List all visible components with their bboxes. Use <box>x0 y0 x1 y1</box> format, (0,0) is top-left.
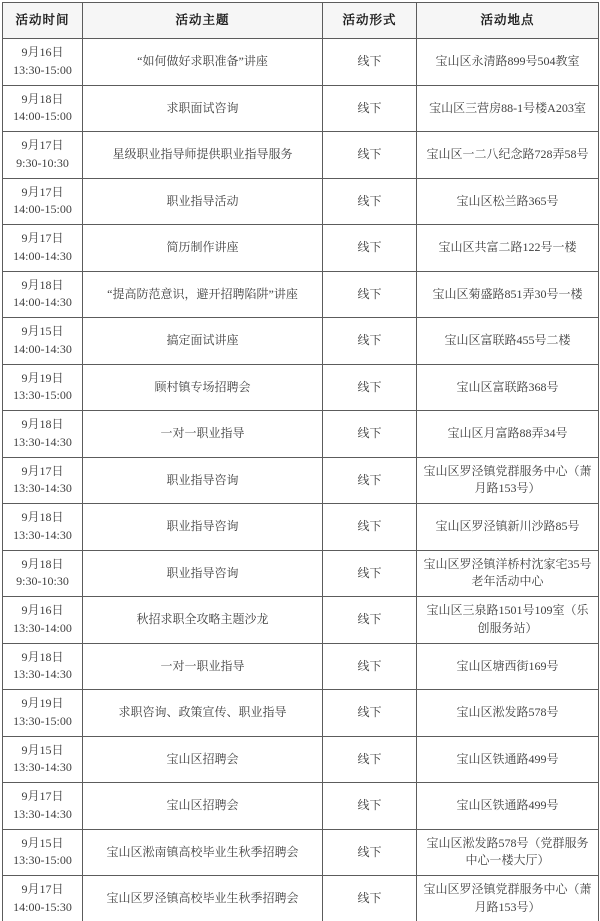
cell-activity-format: 线下 <box>323 829 417 876</box>
activity-date: 9月18日 <box>7 509 78 526</box>
activity-time-range: 14:00-15:30 <box>7 899 78 916</box>
cell-activity-location: 宝山区一二八纪念路728弄58号 <box>417 132 599 179</box>
activity-time-range: 14:00-15:00 <box>7 201 78 218</box>
cell-activity-theme: 职业指导咨询 <box>83 550 323 597</box>
activity-time-range: 13:30-14:30 <box>7 480 78 497</box>
activity-time-range: 14:00-14:30 <box>7 341 78 358</box>
activity-time-range: 13:30-14:00 <box>7 620 78 637</box>
cell-activity-theme: 职业指导咨询 <box>83 504 323 551</box>
cell-activity-location: 宝山区菊盛路851弄30号一楼 <box>417 271 599 318</box>
cell-activity-time: 9月17日14:00-15:00 <box>3 178 83 225</box>
activity-date: 9月19日 <box>7 370 78 387</box>
activity-date: 9月18日 <box>7 91 78 108</box>
table-row: 9月17日14:00-15:30宝山区罗泾镇高校毕业生秋季招聘会线下宝山区罗泾镇… <box>3 876 599 921</box>
activity-time-range: 13:30-15:00 <box>7 713 78 730</box>
cell-activity-format: 线下 <box>323 783 417 830</box>
cell-activity-format: 线下 <box>323 550 417 597</box>
table-row: 9月15日13:30-14:30宝山区招聘会线下宝山区铁通路499号 <box>3 736 599 783</box>
cell-activity-theme: 求职咨询、政策宣传、职业指导 <box>83 690 323 737</box>
cell-activity-location: 宝山区月富路88弄34号 <box>417 411 599 458</box>
cell-activity-theme: 一对一职业指导 <box>83 411 323 458</box>
cell-activity-location: 宝山区松兰路365号 <box>417 178 599 225</box>
table-row: 9月18日13:30-14:30职业指导咨询线下宝山区罗泾镇新川沙路85号 <box>3 504 599 551</box>
cell-activity-time: 9月18日9:30-10:30 <box>3 550 83 597</box>
cell-activity-location: 宝山区塘西街169号 <box>417 643 599 690</box>
table-row: 9月18日9:30-10:30职业指导咨询线下宝山区罗泾镇洋桥村沈家宅35号老年… <box>3 550 599 597</box>
cell-activity-format: 线下 <box>323 876 417 921</box>
activity-date: 9月18日 <box>7 416 78 433</box>
cell-activity-location: 宝山区淞发路578号 <box>417 690 599 737</box>
cell-activity-format: 线下 <box>323 85 417 132</box>
table-header-row: 活动时间 活动主题 活动形式 活动地点 <box>3 3 599 39</box>
table-row: 9月17日14:00-15:00职业指导活动线下宝山区松兰路365号 <box>3 178 599 225</box>
cell-activity-time: 9月18日14:00-15:00 <box>3 85 83 132</box>
cell-activity-time: 9月17日13:30-14:30 <box>3 457 83 504</box>
cell-activity-format: 线下 <box>323 39 417 86</box>
cell-activity-format: 线下 <box>323 504 417 551</box>
cell-activity-location: 宝山区富联路368号 <box>417 364 599 411</box>
activity-date: 9月18日 <box>7 277 78 294</box>
activity-date: 9月18日 <box>7 556 78 573</box>
activity-date: 9月17日 <box>7 463 78 480</box>
activity-time-range: 9:30-10:30 <box>7 155 78 172</box>
cell-activity-theme: 一对一职业指导 <box>83 643 323 690</box>
cell-activity-time: 9月16日13:30-14:00 <box>3 597 83 644</box>
cell-activity-location: 宝山区共富二路122号一楼 <box>417 225 599 272</box>
table-row: 9月16日13:30-14:00秋招求职全攻略主题沙龙线下宝山区三泉路1501号… <box>3 597 599 644</box>
cell-activity-theme: 求职面试咨询 <box>83 85 323 132</box>
activity-date: 9月17日 <box>7 788 78 805</box>
cell-activity-time: 9月19日13:30-15:00 <box>3 690 83 737</box>
column-header-format: 活动形式 <box>323 3 417 39</box>
cell-activity-theme: 秋招求职全攻略主题沙龙 <box>83 597 323 644</box>
cell-activity-location: 宝山区三泉路1501号109室（乐创服务站） <box>417 597 599 644</box>
table-row: 9月18日13:30-14:30一对一职业指导线下宝山区塘西街169号 <box>3 643 599 690</box>
cell-activity-time: 9月17日9:30-10:30 <box>3 132 83 179</box>
activity-time-range: 9:30-10:30 <box>7 573 78 590</box>
cell-activity-format: 线下 <box>323 178 417 225</box>
table-row: 9月17日9:30-10:30星级职业指导师提供职业指导服务线下宝山区一二八纪念… <box>3 132 599 179</box>
cell-activity-theme: “提高防范意识，避开招聘陷阱”讲座 <box>83 271 323 318</box>
cell-activity-format: 线下 <box>323 132 417 179</box>
cell-activity-theme: 宝山区淞南镇高校毕业生秋季招聘会 <box>83 829 323 876</box>
cell-activity-time: 9月17日14:00-14:30 <box>3 225 83 272</box>
cell-activity-location: 宝山区淞发路578号（党群服务中心一楼大厅） <box>417 829 599 876</box>
cell-activity-location: 宝山区罗泾镇洋桥村沈家宅35号老年活动中心 <box>417 550 599 597</box>
cell-activity-location: 宝山区永清路899号504教室 <box>417 39 599 86</box>
cell-activity-theme: 职业指导咨询 <box>83 457 323 504</box>
cell-activity-time: 9月15日13:30-14:30 <box>3 736 83 783</box>
cell-activity-theme: 搞定面试讲座 <box>83 318 323 365</box>
cell-activity-location: 宝山区铁通路499号 <box>417 783 599 830</box>
table-row: 9月18日13:30-14:30一对一职业指导线下宝山区月富路88弄34号 <box>3 411 599 458</box>
column-header-theme: 活动主题 <box>83 3 323 39</box>
cell-activity-format: 线下 <box>323 457 417 504</box>
cell-activity-theme: 宝山区罗泾镇高校毕业生秋季招聘会 <box>83 876 323 921</box>
activity-date: 9月15日 <box>7 835 78 852</box>
activity-time-range: 13:30-15:00 <box>7 387 78 404</box>
column-header-time: 活动时间 <box>3 3 83 39</box>
activity-date: 9月16日 <box>7 44 78 61</box>
cell-activity-format: 线下 <box>323 225 417 272</box>
cell-activity-location: 宝山区铁通路499号 <box>417 736 599 783</box>
cell-activity-location: 宝山区罗泾镇党群服务中心（萧月路153号） <box>417 457 599 504</box>
activity-schedule-table: 活动时间 活动主题 活动形式 活动地点 9月16日13:30-15:00“如何做… <box>2 2 599 921</box>
activity-time-range: 14:00-14:30 <box>7 294 78 311</box>
activity-date: 9月17日 <box>7 184 78 201</box>
cell-activity-format: 线下 <box>323 411 417 458</box>
cell-activity-time: 9月17日14:00-15:30 <box>3 876 83 921</box>
cell-activity-time: 9月16日13:30-15:00 <box>3 39 83 86</box>
cell-activity-time: 9月18日13:30-14:30 <box>3 411 83 458</box>
table-row: 9月16日13:30-15:00“如何做好求职准备”讲座线下宝山区永清路899号… <box>3 39 599 86</box>
cell-activity-format: 线下 <box>323 597 417 644</box>
activity-time-range: 14:00-15:00 <box>7 108 78 125</box>
table-row: 9月15日13:30-15:00宝山区淞南镇高校毕业生秋季招聘会线下宝山区淞发路… <box>3 829 599 876</box>
table-row: 9月18日14:00-14:30“提高防范意识，避开招聘陷阱”讲座线下宝山区菊盛… <box>3 271 599 318</box>
cell-activity-format: 线下 <box>323 271 417 318</box>
table-row: 9月17日13:30-14:30宝山区招聘会线下宝山区铁通路499号 <box>3 783 599 830</box>
cell-activity-time: 9月18日13:30-14:30 <box>3 504 83 551</box>
cell-activity-theme: 星级职业指导师提供职业指导服务 <box>83 132 323 179</box>
table-row: 9月19日13:30-15:00顾村镇专场招聘会线下宝山区富联路368号 <box>3 364 599 411</box>
cell-activity-location: 宝山区富联路455号二楼 <box>417 318 599 365</box>
table-row: 9月17日14:00-14:30简历制作讲座线下宝山区共富二路122号一楼 <box>3 225 599 272</box>
activity-time-range: 14:00-14:30 <box>7 248 78 265</box>
cell-activity-theme: 职业指导活动 <box>83 178 323 225</box>
cell-activity-format: 线下 <box>323 364 417 411</box>
cell-activity-time: 9月18日14:00-14:30 <box>3 271 83 318</box>
cell-activity-format: 线下 <box>323 643 417 690</box>
cell-activity-location: 宝山区三营房88-1号楼A203室 <box>417 85 599 132</box>
table-row: 9月15日14:00-14:30搞定面试讲座线下宝山区富联路455号二楼 <box>3 318 599 365</box>
activity-table-body: 9月16日13:30-15:00“如何做好求职准备”讲座线下宝山区永清路899号… <box>3 39 599 921</box>
cell-activity-theme: 宝山区招聘会 <box>83 736 323 783</box>
activity-time-range: 13:30-14:30 <box>7 666 78 683</box>
activity-time-range: 13:30-14:30 <box>7 806 78 823</box>
cell-activity-format: 线下 <box>323 736 417 783</box>
activity-time-range: 13:30-14:30 <box>7 434 78 451</box>
activity-date: 9月18日 <box>7 649 78 666</box>
activity-schedule-page: 活动时间 活动主题 活动形式 活动地点 9月16日13:30-15:00“如何做… <box>0 0 600 921</box>
cell-activity-location: 宝山区罗泾镇新川沙路85号 <box>417 504 599 551</box>
cell-activity-format: 线下 <box>323 318 417 365</box>
cell-activity-format: 线下 <box>323 690 417 737</box>
column-header-location: 活动地点 <box>417 3 599 39</box>
activity-date: 9月17日 <box>7 881 78 898</box>
cell-activity-time: 9月19日13:30-15:00 <box>3 364 83 411</box>
activity-time-range: 13:30-15:00 <box>7 62 78 79</box>
table-row: 9月17日13:30-14:30职业指导咨询线下宝山区罗泾镇党群服务中心（萧月路… <box>3 457 599 504</box>
cell-activity-time: 9月17日13:30-14:30 <box>3 783 83 830</box>
cell-activity-theme: “如何做好求职准备”讲座 <box>83 39 323 86</box>
cell-activity-time: 9月15日14:00-14:30 <box>3 318 83 365</box>
table-row: 9月19日13:30-15:00求职咨询、政策宣传、职业指导线下宝山区淞发路57… <box>3 690 599 737</box>
activity-date: 9月15日 <box>7 323 78 340</box>
cell-activity-time: 9月18日13:30-14:30 <box>3 643 83 690</box>
cell-activity-location: 宝山区罗泾镇党群服务中心（萧月路153号） <box>417 876 599 921</box>
activity-date: 9月17日 <box>7 230 78 247</box>
cell-activity-time: 9月15日13:30-15:00 <box>3 829 83 876</box>
cell-activity-theme: 宝山区招聘会 <box>83 783 323 830</box>
activity-time-range: 13:30-14:30 <box>7 759 78 776</box>
cell-activity-theme: 顾村镇专场招聘会 <box>83 364 323 411</box>
activity-date: 9月17日 <box>7 137 78 154</box>
table-row: 9月18日14:00-15:00求职面试咨询线下宝山区三营房88-1号楼A203… <box>3 85 599 132</box>
activity-date: 9月15日 <box>7 742 78 759</box>
cell-activity-theme: 简历制作讲座 <box>83 225 323 272</box>
activity-time-range: 13:30-15:00 <box>7 852 78 869</box>
activity-date: 9月19日 <box>7 695 78 712</box>
activity-date: 9月16日 <box>7 602 78 619</box>
activity-time-range: 13:30-14:30 <box>7 527 78 544</box>
